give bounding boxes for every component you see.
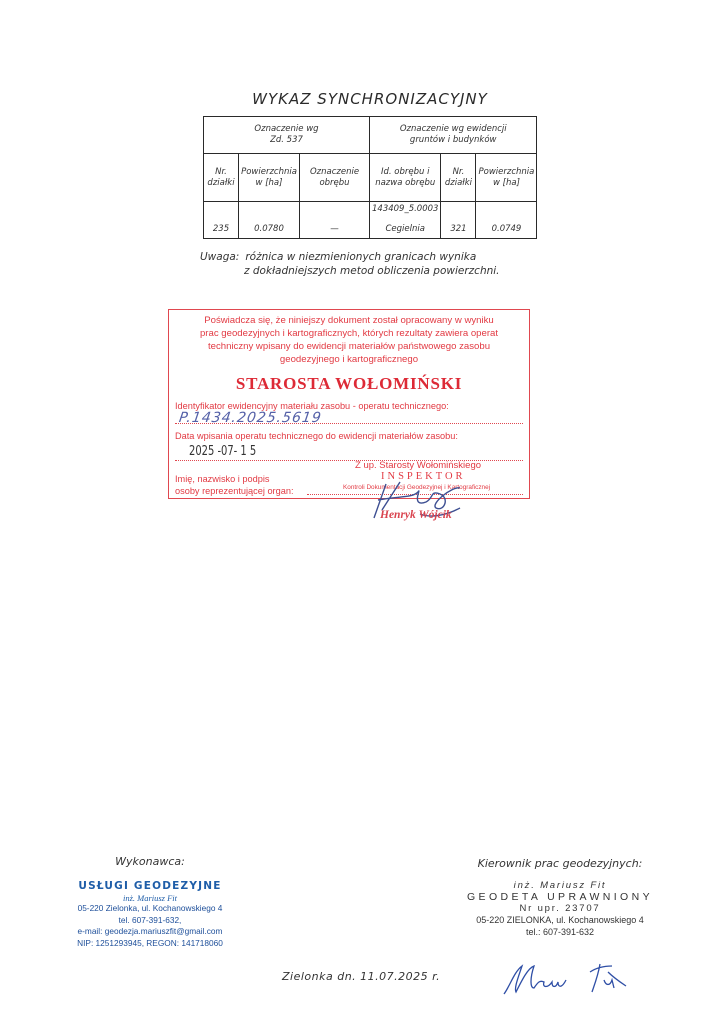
cert-line: geodezyjnego i kartograficznego xyxy=(169,353,529,366)
column-header-id-obrebu: Id. obrębu inazwa obrębu xyxy=(370,154,441,202)
identifier-dotted-line xyxy=(175,423,523,424)
note: Uwaga: różnica w niezmienionych granicac… xyxy=(200,250,530,278)
col-hdr-l1: Powierzchnia xyxy=(241,167,297,178)
place-and-date: Zielonka dn. 11.07.2025 r. xyxy=(282,970,440,983)
cert-line: Poświadcza się, że niniejszy dokument zo… xyxy=(169,314,529,327)
col-hdr-l1: Oznaczenie xyxy=(302,167,367,178)
manager-address: 05-220 ZIELONKA, ul. Kochanowskiego 4 xyxy=(440,914,680,926)
group-header-egib-line2: gruntów i budynków xyxy=(372,135,534,146)
stamp-signatory-name: Henryk Wójcik xyxy=(380,509,452,521)
cell-nr-dzialki-egib: 321 xyxy=(441,202,476,239)
col-hdr-l2: działki xyxy=(206,178,236,189)
stamp-authority: STAROSTA WOŁOMIŃSKI xyxy=(169,374,529,394)
note-line1: różnica w niezmienionych granicach wynik… xyxy=(245,251,476,263)
signatory-label-line2: osoby reprezentującej organ: xyxy=(175,486,294,496)
manager-phone: tel.: 607-391-632 xyxy=(440,926,680,938)
table-row: 235 0.0780 — 143409_5.0003 Cegielnia 321… xyxy=(204,202,537,239)
col-hdr-l2: nazwa obrębu xyxy=(372,178,438,189)
note-label: Uwaga: xyxy=(200,250,242,264)
group-header-zd-line2: Zd. 537 xyxy=(206,135,367,146)
group-header-egib-line1: Oznaczenie wg ewidencji xyxy=(372,124,534,135)
cell-id-obrebu-code: 143409_5.0003 xyxy=(372,204,438,215)
contractor-email: e-mail: geodezja.mariuszfit@gmail.com xyxy=(50,926,250,938)
manager-signature xyxy=(500,958,630,998)
stamp-certification: Poświadcza się, że niniejszy dokument zo… xyxy=(169,314,529,366)
table-column-header-row: Nr.działki Powierzchniaw [ha] Oznaczenie… xyxy=(204,154,537,202)
col-hdr-l1: Nr. xyxy=(443,167,473,178)
cell-nr-dzialki-zd: 235 xyxy=(204,202,239,239)
manager-title: GEODETA UPRAWNIONY xyxy=(440,891,680,903)
column-header-oznaczenie-obrebu: Oznaczenieobrębu xyxy=(300,154,370,202)
col-hdr-l2: w [ha] xyxy=(478,178,534,189)
stamp-zup: Z up. Starosty Wołomińskiego xyxy=(355,460,481,471)
signatory-label-line1: Imię, nazwisko i podpis xyxy=(175,474,269,484)
column-header-nr-dzialki-zd: Nr.działki xyxy=(204,154,239,202)
manager-license: Nr upr. 23707 xyxy=(440,903,680,914)
contractor-tax-ids: NIP: 1251293945, REGON: 141718060 xyxy=(50,938,250,950)
cell-oznaczenie-obrebu: — xyxy=(300,202,370,239)
cell-powierzchnia-egib: 0.0749 xyxy=(476,202,537,239)
group-header-zd: Oznaczenie wg Zd. 537 xyxy=(204,117,370,154)
manager-role-label: Kierownik prac geodezyjnych: xyxy=(440,857,680,870)
contractor-role-label: Wykonawca: xyxy=(50,855,250,868)
column-header-powierzchnia-zd: Powierzchniaw [ha] xyxy=(239,154,300,202)
manager-block: Kierownik prac geodezyjnych: inż. Marius… xyxy=(440,857,680,938)
cert-line: techniczny wpisany do ewidencji materiał… xyxy=(169,340,529,353)
contractor-company: USŁUGI GEODEZYJNE xyxy=(50,880,250,892)
contractor-block: Wykonawca: USŁUGI GEODEZYJNE inż. Marius… xyxy=(50,855,250,949)
cell-powierzchnia-zd: 0.0780 xyxy=(239,202,300,239)
manager-engineer: inż. Mariusz Fit xyxy=(440,880,680,891)
date-label: Data wpisania operatu technicznego do ew… xyxy=(175,431,458,441)
col-hdr-l2: w [ha] xyxy=(241,178,297,189)
col-hdr-l1: Nr. xyxy=(206,167,236,178)
column-header-powierzchnia-egib: Powierzchniaw [ha] xyxy=(476,154,537,202)
note-line2: z dokładniejszych metod obliczenia powie… xyxy=(200,264,530,278)
column-header-nr-dzialki-egib: Nr.działki xyxy=(441,154,476,202)
group-header-egib: Oznaczenie wg ewidencji gruntów i budynk… xyxy=(370,117,537,154)
group-header-zd-line1: Oznaczenie wg xyxy=(206,124,367,135)
cell-nazwa-obrebu: Cegielnia xyxy=(385,224,424,234)
contractor-phone: tel. 607-391-632, xyxy=(50,915,250,927)
col-hdr-l1: Powierzchnia xyxy=(478,167,534,178)
col-hdr-l2: działki xyxy=(443,178,473,189)
cell-id-obrebu: 143409_5.0003 Cegielnia xyxy=(370,202,441,239)
synchronization-table: Oznaczenie wg Zd. 537 Oznaczenie wg ewid… xyxy=(203,116,537,239)
table-group-header-row: Oznaczenie wg Zd. 537 Oznaczenie wg ewid… xyxy=(204,117,537,154)
official-stamp: Poświadcza się, że niniejszy dokument zo… xyxy=(168,309,530,499)
col-hdr-l2: obrębu xyxy=(302,178,367,189)
cert-line: prac geodezyjnych i kartograficznych, kt… xyxy=(169,327,529,340)
date-value: 2025 -07- 1 5 xyxy=(189,444,256,459)
col-hdr-l1: Id. obrębu i xyxy=(372,167,438,178)
document-title: WYKAZ SYNCHRONIZACYJNY xyxy=(200,90,540,108)
contractor-address: 05-220 Zielonka, ul. Kochanowskiego 4 xyxy=(50,903,250,915)
contractor-engineer: inż. Mariusz Fit xyxy=(50,893,250,903)
